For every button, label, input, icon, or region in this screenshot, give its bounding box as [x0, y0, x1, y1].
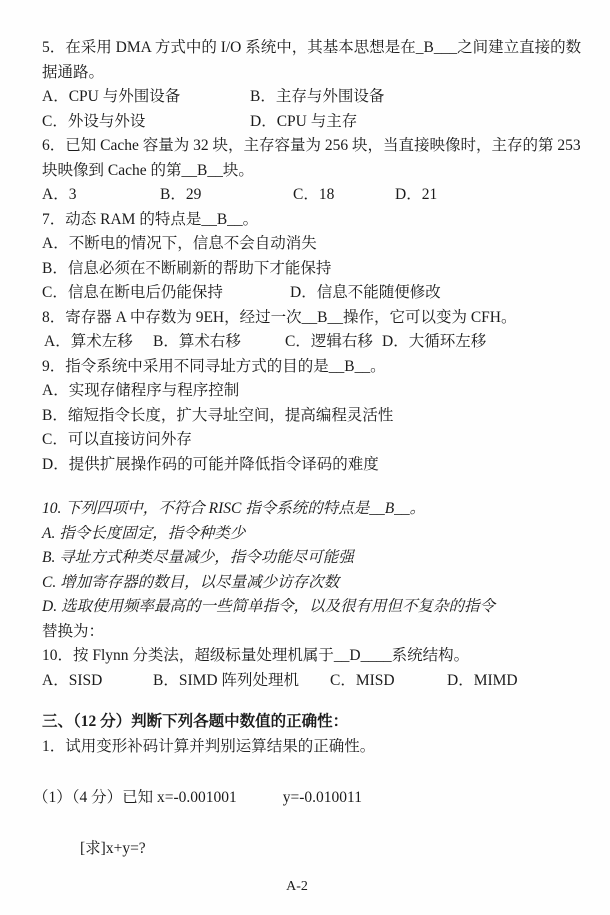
q10-flynn-option-c: C．MISD	[330, 669, 395, 694]
q5-stem-line2: 据通路。	[42, 61, 572, 86]
q9-stem: 9．指令系统中采用不同寻址方式的目的是__B__。	[42, 355, 572, 380]
q8-option-c: C．逻辑右移	[285, 330, 373, 355]
q10-flynn-option-a: A．SISD	[42, 669, 102, 694]
vertical-gap	[42, 811, 572, 837]
q10-risc-option-a: A. 指令长度固定，指令种类少	[42, 522, 572, 547]
q6-option-c: C．18	[293, 183, 334, 208]
q9-option-d: D．提供扩展操作码的可能并降低指令译码的难度	[42, 453, 572, 478]
q10-risc-stem: 10. 下列四项中，不符合 RISC 指令系统的特点是__B__。	[42, 497, 572, 522]
q10-flynn-options-row: A．SISD B．SIMD 阵列处理机 C．MISD D．MIMD	[42, 669, 572, 694]
q8-options-row: A．算术左移 B．算术右移 C．逻辑右移 D．大循环左移	[42, 330, 572, 355]
q5-option-b: B．主存与外围设备	[250, 85, 384, 110]
q7-option-d: D．信息不能随便修改	[290, 281, 441, 306]
section3-item1: 1．试用变形补码计算并判别运算结果的正确性。	[42, 735, 572, 760]
q10-risc-option-d: D. 选取使用频率最高的一些简单指令，以及很有用但不复杂的指令	[42, 595, 572, 620]
q10-flynn-option-b: B．SIMD 阵列处理机	[153, 669, 299, 694]
q10-risc-option-c: C. 增加寄存器的数目，以尽量减少访存次数	[42, 571, 572, 596]
vertical-gap	[42, 477, 572, 497]
section3-title: 三、（12 分）判断下列各题中数值的正确性：	[42, 710, 572, 735]
q5-option-d: D．CPU 与主存	[250, 110, 357, 135]
q7-stem: 7．动态 RAM 的特点是__B__。	[42, 208, 572, 233]
section3-ask: [求]x+y=?	[42, 837, 572, 862]
q6-stem-line1: 6．已知 Cache 容量为 32 块，主存容量为 256 块，当直接映像时，主…	[42, 134, 572, 159]
q5-options-row-cd: C．外设与外设 D．CPU 与主存	[42, 110, 572, 135]
q5-options-row-ab: A．CPU 与外围设备 B．主存与外围设备	[42, 85, 572, 110]
vertical-gap	[42, 693, 572, 710]
document-page: 5．在采用 DMA 方式中的 I/O 系统中，其基本思想是在_B___之间建立直…	[0, 0, 610, 915]
q5-option-a: A．CPU 与外围设备	[42, 85, 180, 110]
q10-risc-option-b: B. 寻址方式种类尽量减少，指令功能尽可能强	[42, 546, 572, 571]
vertical-gap	[42, 759, 572, 786]
replace-note: 替换为：	[42, 620, 572, 645]
q9-option-a: A．实现存储程序与程序控制	[42, 379, 572, 404]
q8-stem: 8．寄存器 A 中存数为 9EH，经过一次__B__操作，它可以变为 CFH。	[42, 306, 572, 331]
q5-option-c: C．外设与外设	[42, 110, 145, 135]
q8-option-a: A．算术左移	[44, 330, 133, 355]
q6-option-a: A．3	[42, 183, 76, 208]
q9-option-b: B．缩短指令长度，扩大寻址空间，提高编程灵活性	[42, 404, 572, 429]
q10-flynn-stem: 10．按 Flynn 分类法，超级标量处理机属于__D____系统结构。	[42, 644, 572, 669]
q7-options-row-cd: C．信息在断电后仍能保持 D．信息不能随便修改	[42, 281, 572, 306]
sub1-given-x: （1）（4 分）已知 x=-0.001001	[33, 789, 237, 806]
section3-sub1: （1）（4 分）已知 x=-0.001001y=-0.010011	[33, 786, 572, 811]
q9-option-c: C．可以直接访问外存	[42, 428, 572, 453]
q8-option-d: D．大循环左移	[382, 330, 486, 355]
q7-option-b: B．信息必须在不断刷新的帮助下才能保持	[42, 257, 572, 282]
q5-stem-line1: 5．在采用 DMA 方式中的 I/O 系统中，其基本思想是在_B___之间建立直…	[42, 36, 572, 61]
q6-options-row: A．3 B．29 C．18 D．21	[42, 183, 572, 208]
q10-flynn-option-d: D．MIMD	[447, 669, 518, 694]
q7-option-c: C．信息在断电后仍能保持	[42, 281, 223, 306]
q6-option-b: B．29	[160, 183, 201, 208]
q8-option-b: B．算术右移	[153, 330, 241, 355]
q6-option-d: D．21	[395, 183, 437, 208]
sub1-given-y: y=-0.010011	[283, 789, 362, 806]
q7-option-a: A．不断电的情况下，信息不会自动消失	[42, 232, 572, 257]
page-number: A-2	[0, 878, 594, 896]
q6-stem-line2: 块映像到 Cache 的第__B__块。	[42, 159, 572, 184]
